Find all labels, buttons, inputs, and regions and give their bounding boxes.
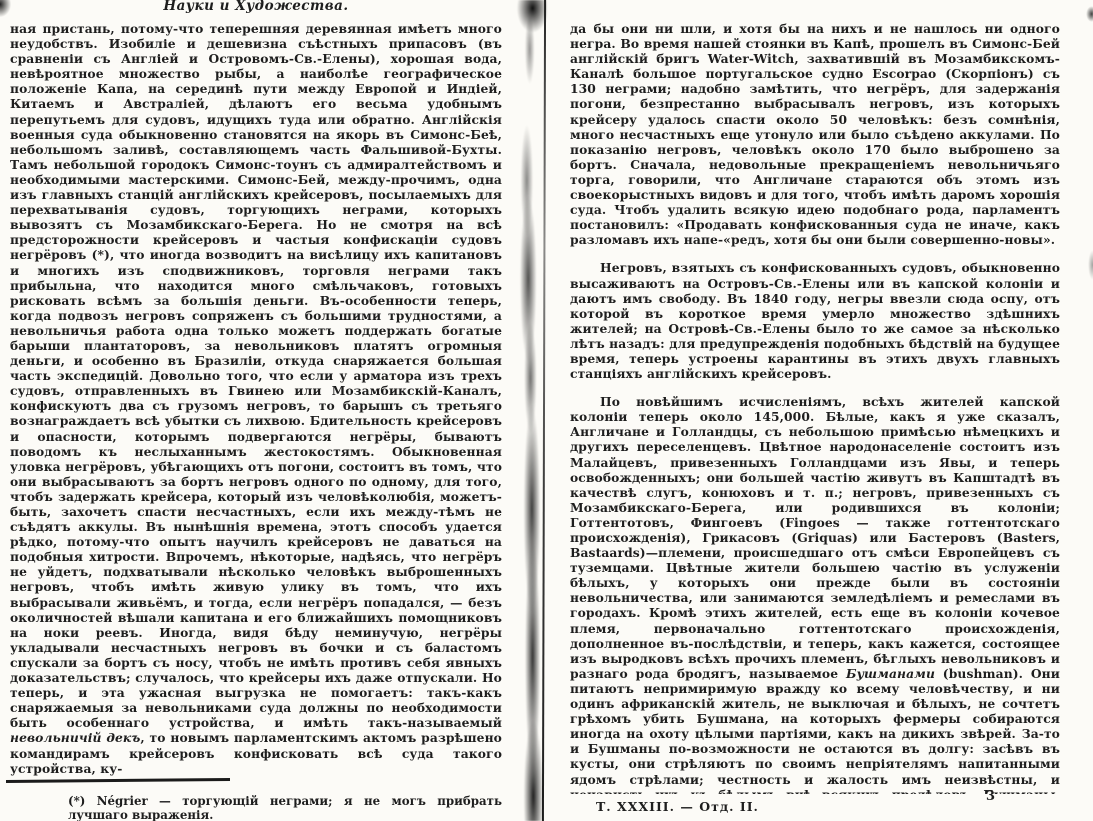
footnote: (*) Négrier — торгующій неграми; я не мо… <box>10 794 502 821</box>
left-body-text: ная пристань, потому-что теперешняя дере… <box>10 21 502 730</box>
right-page-column: да бы они ни шли, и хотя бы на нихъ и не… <box>570 21 1060 794</box>
left-page-column: ная пристань, потому-что теперешняя дере… <box>10 21 502 777</box>
left-page-paragraph: ная пристань, потому-что теперешняя дере… <box>10 21 502 776</box>
right-paragraph-3-text-continued: (bushman). Они питаютъ непримиримую враж… <box>570 666 1060 794</box>
volume-section-line: Т. XXXIII. — Отд. II. <box>596 799 759 814</box>
corner-ink-mark <box>0 0 11 17</box>
scanned-book-spread: Науки и Художества. ная пристань, потому… <box>0 0 1093 821</box>
right-page-paragraph-1: да бы они ни шли, и хотя бы на нихъ и не… <box>570 21 1060 247</box>
right-paragraph-3-italic-phrase: Бушманами <box>846 666 935 681</box>
right-paragraph-3-text: По новѣйшимъ исчисленіямъ, всѣхъ жителей… <box>570 394 1060 681</box>
left-body-italic-phrase: невольничій декъ <box>10 730 140 745</box>
edge-ink-speck <box>1086 6 1093 22</box>
right-page-paragraph-3: По новѣйшимъ исчисленіямъ, всѣхъ жителей… <box>570 394 1060 794</box>
edge-ink-speck <box>1088 250 1093 280</box>
running-head: Науки и Художества. <box>10 0 502 14</box>
footnote-rule <box>6 778 230 783</box>
signature-page-number: 3 <box>986 789 995 804</box>
right-page-paragraph-2: Негровъ, взятыхъ съ конфискованныхъ судо… <box>570 260 1060 381</box>
